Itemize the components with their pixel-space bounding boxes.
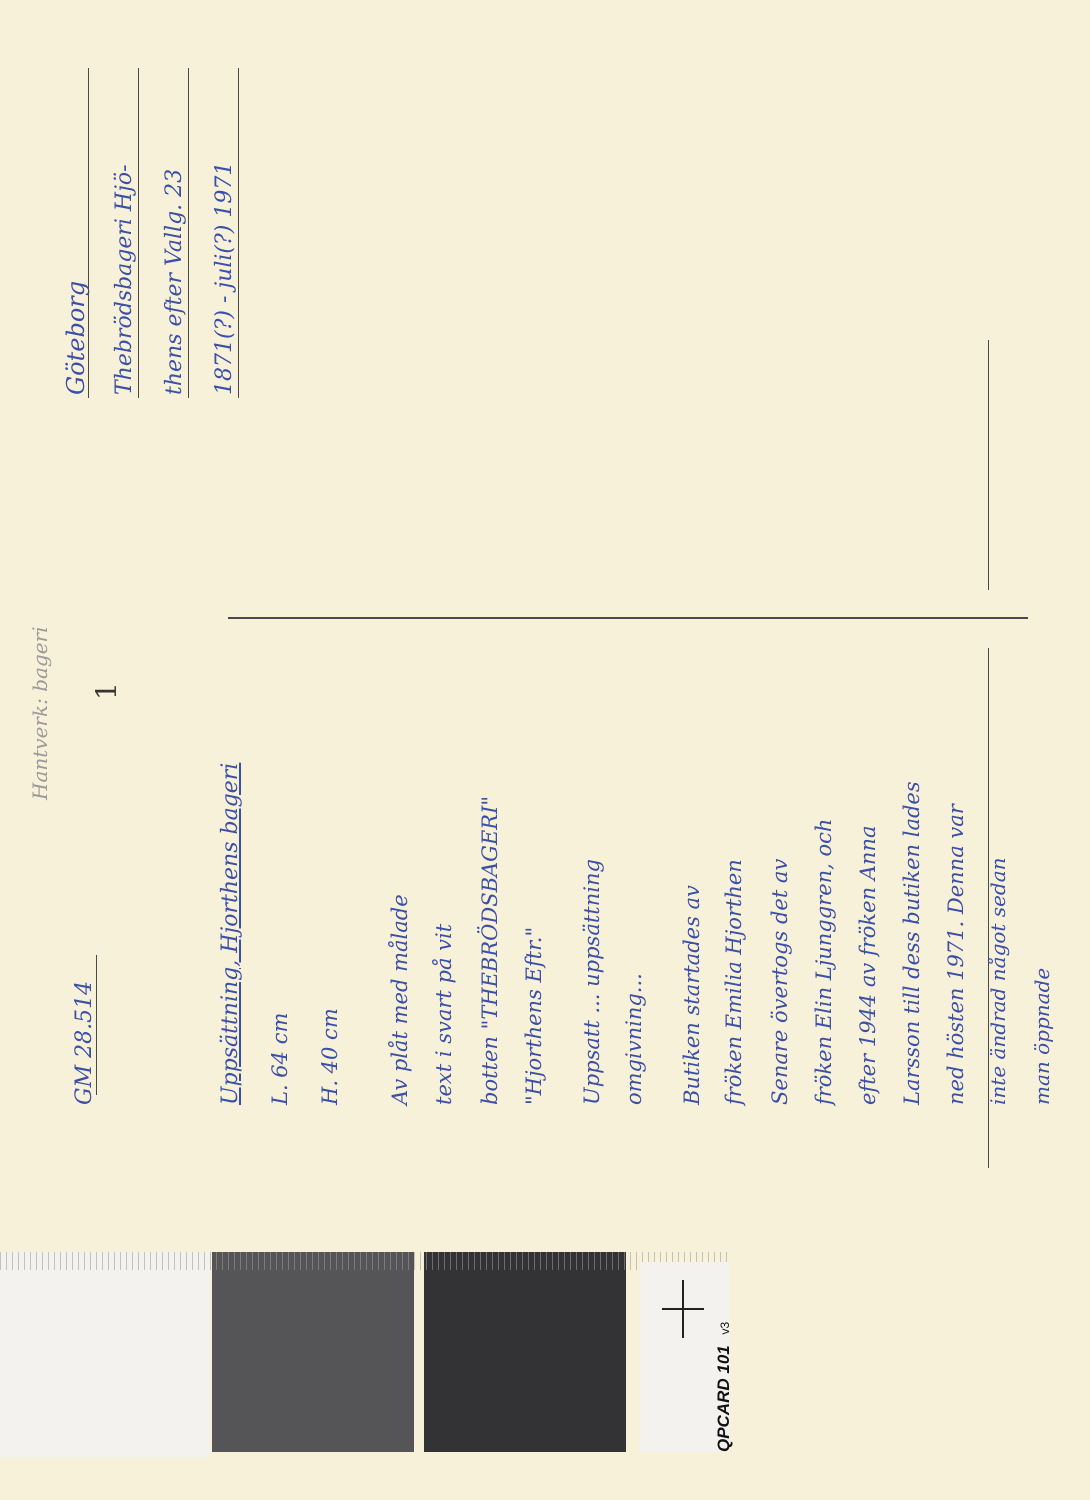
mark: 1 [90, 682, 123, 700]
white-patch [0, 1252, 210, 1457]
qpcard-name: QPCARD 101 [714, 1345, 733, 1452]
body-line: ned hösten 1971. Denna var [944, 804, 968, 1105]
dark-gray-patch [424, 1252, 626, 1452]
catalogue-rule [96, 955, 97, 1095]
qpcard-label: QPCARD 101 v3 [714, 1322, 734, 1452]
header-line-4: 1871(?) - juli(?) 1971 [212, 162, 237, 395]
catalogue-number: GM 28.514 [72, 981, 97, 1105]
body-line: Av plåt med målade [388, 894, 412, 1105]
header-line-2: Thebrödsbageri Hjö- [112, 164, 137, 395]
body-line: efter 1944 av fröken Anna [856, 825, 880, 1105]
qpcard-version: v3 [718, 1322, 732, 1335]
header-line-1: Göteborg [62, 281, 90, 395]
body-line: Larsson till dess butiken lades [900, 781, 924, 1105]
body-line: inte ändrad något sedan [986, 857, 1010, 1105]
header-rule-2 [138, 68, 139, 398]
qpcard-label-area: QPCARD 101 v3 [640, 1262, 730, 1452]
body-line: Senare övertogs det av [768, 859, 792, 1105]
body-line: man öppnade [1030, 968, 1054, 1105]
header-rule-3 [188, 68, 189, 398]
body-line: text i svart på vit [432, 924, 456, 1105]
header-rule-4 [238, 68, 239, 398]
horizontal-divider [228, 617, 1028, 619]
pencil-note: Hantverk: bageri [28, 626, 52, 800]
body-line: H. 40 cm [318, 1008, 342, 1105]
body-line: omgivning... [622, 973, 646, 1105]
header-rule-1 [88, 68, 89, 398]
body-line: fröken Elin Ljunggren, och [812, 819, 836, 1105]
color-reference-card: QPCARD 101 v3 [0, 1252, 740, 1457]
body-line: L. 64 cm [268, 1013, 292, 1105]
header-line-3: thens efter Vallg. 23 [162, 169, 187, 395]
body-line: fröken Emilia Hjorthen [722, 859, 746, 1105]
mid-gray-patch [212, 1252, 414, 1452]
body-line: Uppsatt ... uppsättning [580, 859, 604, 1105]
body-line: "Hjorthens Eftr." [522, 927, 546, 1105]
body-line: botten "THEBRÖDSBAGERI" [478, 796, 502, 1105]
crosshair-icon [662, 1308, 704, 1310]
body-line: Uppsättning, Hjorthens bageri [218, 763, 243, 1105]
ruler-ticks [0, 1252, 730, 1270]
body-line: Butiken startades av [680, 885, 704, 1105]
catalogue-card: Göteborg Thebrödsbageri Hjö- thens efter… [0, 0, 1090, 1500]
vertical-divider-upper [988, 340, 989, 590]
